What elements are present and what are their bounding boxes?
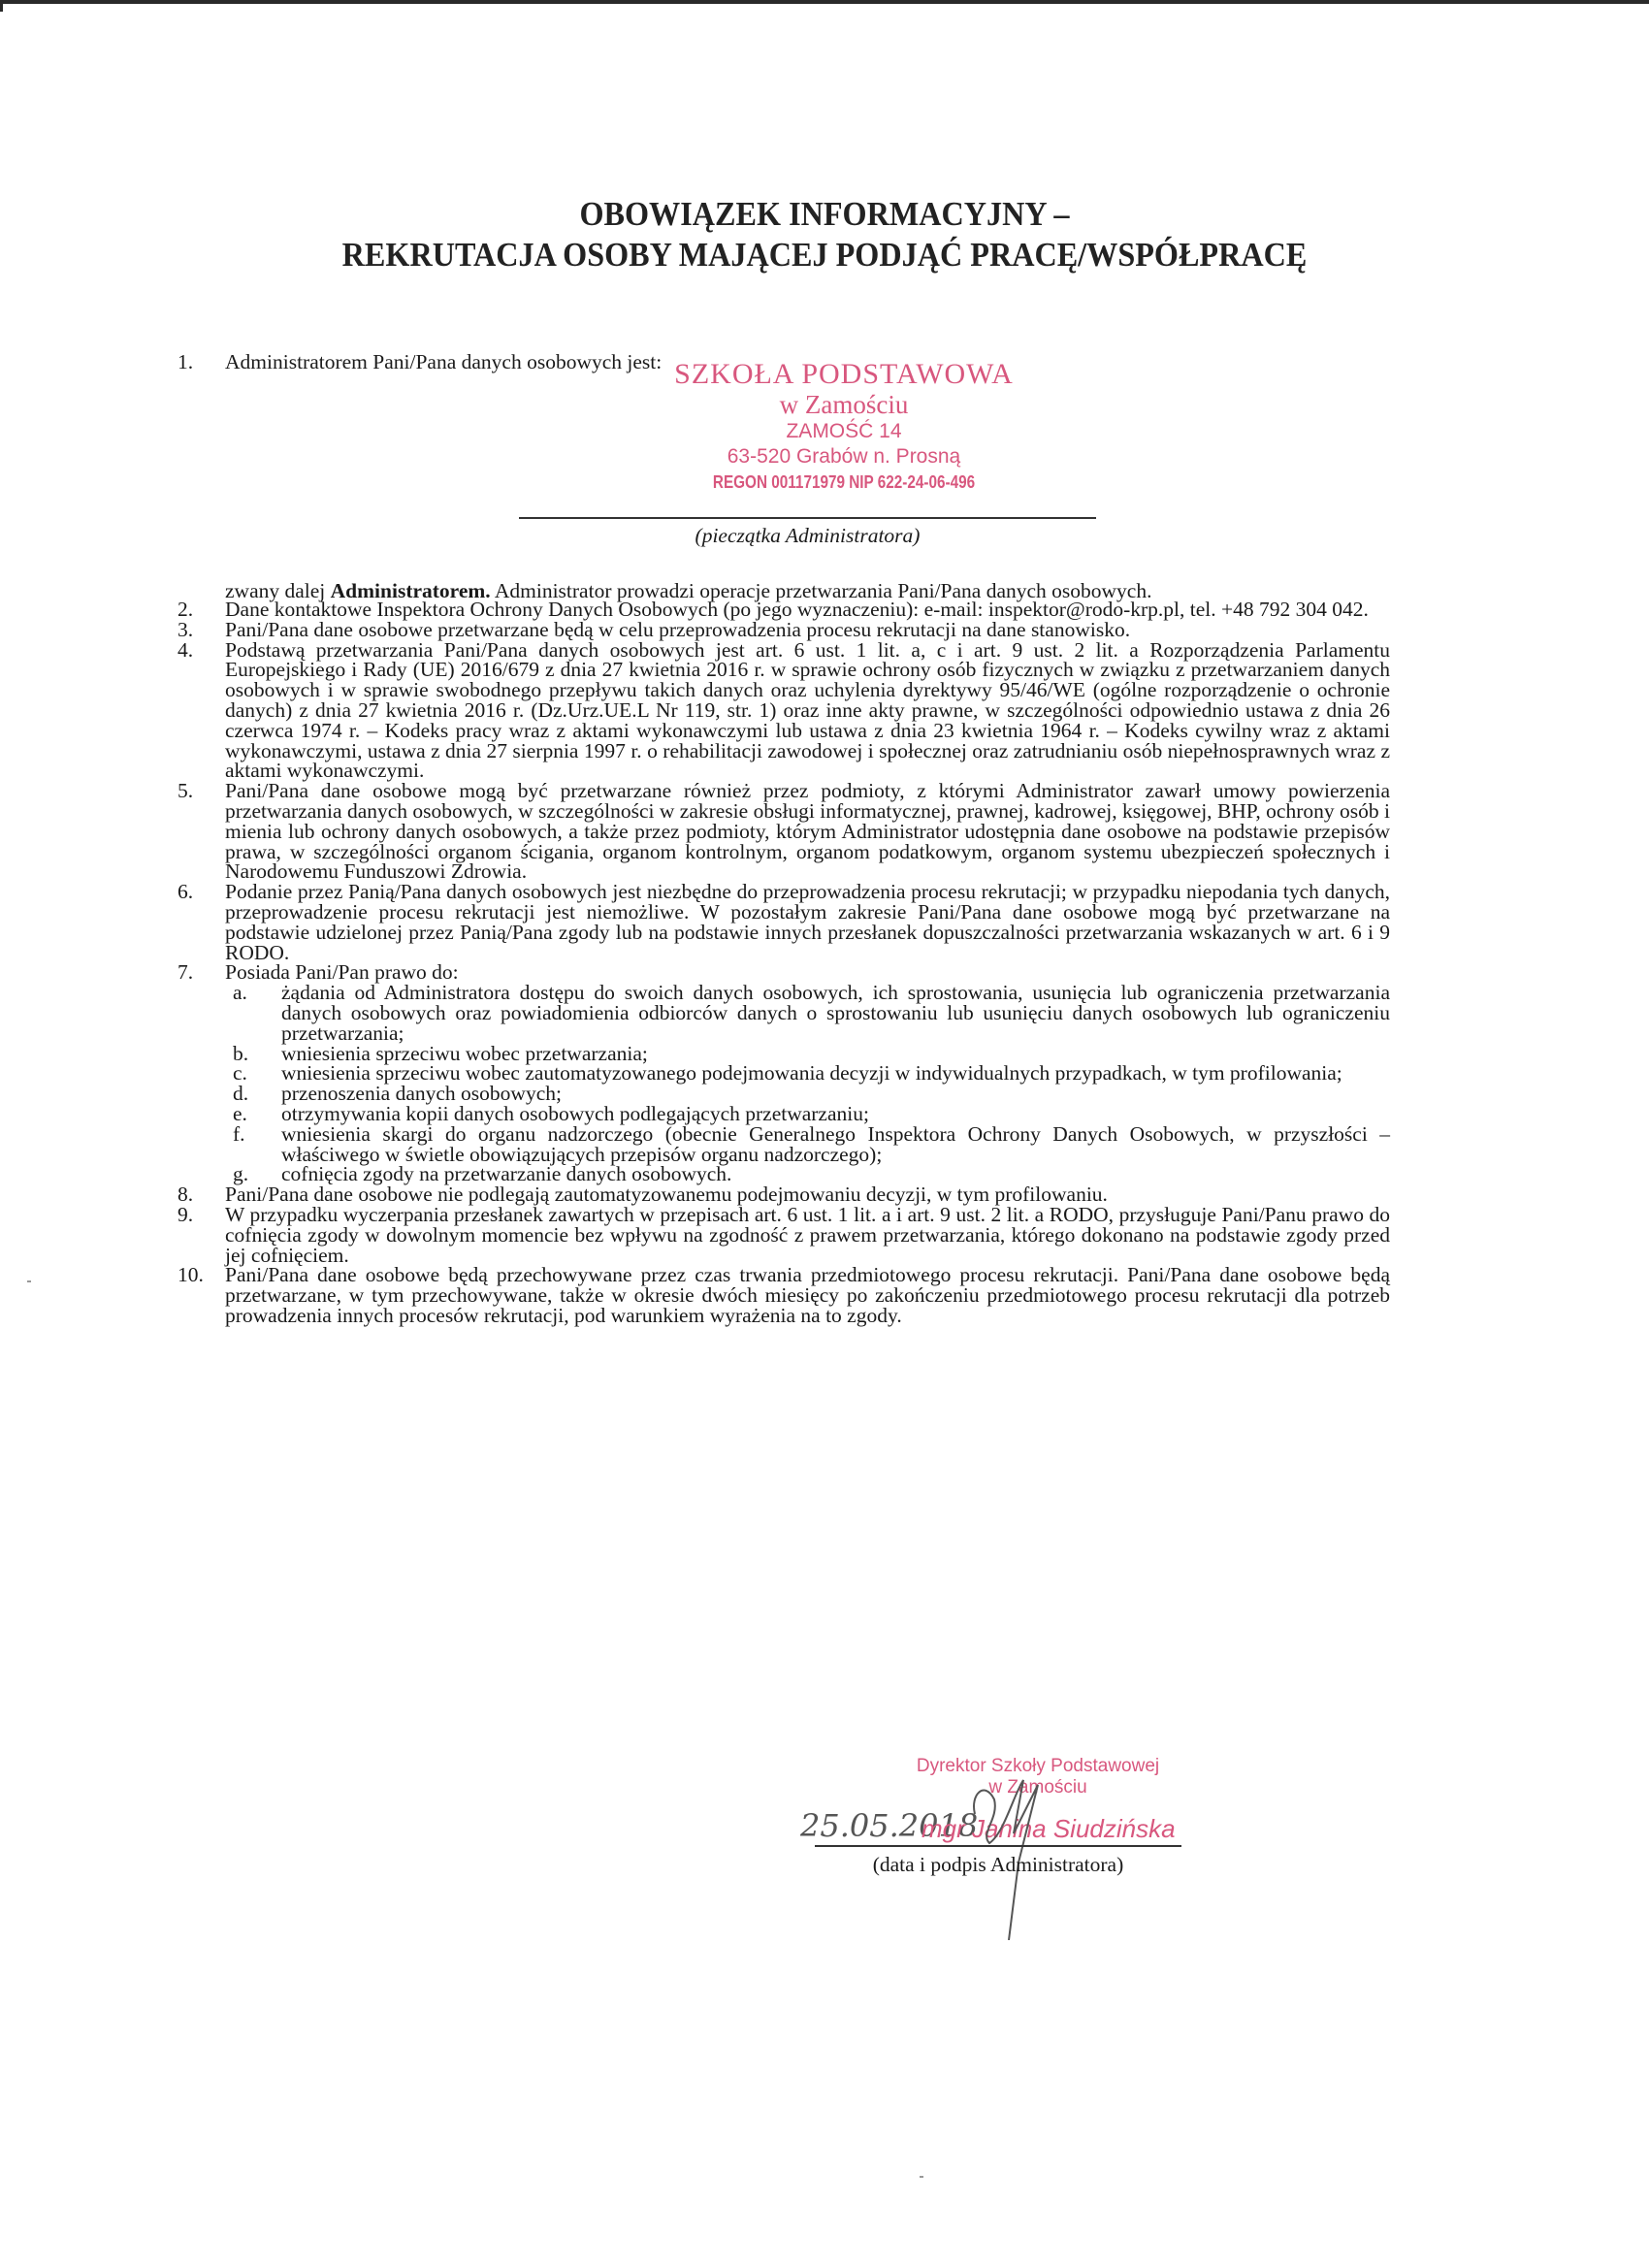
rights-text: żądania od Administratora dostępu do swo…	[281, 981, 1390, 1045]
rights-item: g.cofnięcia zgody na przetwarzanie danyc…	[178, 1164, 1390, 1184]
scan-speck	[920, 2176, 923, 2178]
rights-list: a.żądania od Administratora dostępu do s…	[178, 983, 1390, 1184]
rights-letter: b.	[233, 1044, 248, 1064]
item-number: 10.	[178, 1265, 204, 1285]
item-number: 4.	[178, 640, 193, 661]
list-item: 10.Pani/Pana dane osobowe będą przechowy…	[178, 1265, 1390, 1325]
item-number: 5.	[178, 781, 193, 801]
rights-letter: d.	[233, 1084, 248, 1104]
item-number: 8.	[178, 1184, 193, 1205]
document-title: OBOWIĄZEK INFORMACYJNY – REKRUTACJA OSOB…	[66, 194, 1583, 275]
rights-letter: a.	[233, 983, 247, 1003]
document-body: 2.Dane kontaktowe Inspektora Ochrony Dan…	[178, 599, 1390, 1326]
rights-item: f.wniesienia skargi do organu nadzorczeg…	[178, 1124, 1390, 1165]
item-text: Pani/Pana dane osobowe mogą być przetwar…	[225, 781, 1390, 882]
stamp-line-4: 63-520 Grabów n. Prosną	[660, 444, 1028, 470]
list-item: 3.Pani/Pana dane osobowe przetwarzane bę…	[178, 620, 1390, 640]
rights-item: a.żądania od Administratora dostępu do s…	[178, 983, 1390, 1043]
title-line-1: OBOWIĄZEK INFORMACYJNY –	[66, 194, 1583, 235]
rights-item: c.wniesienia sprzeciwu wobec zautomatyzo…	[178, 1063, 1390, 1084]
scan-speck	[27, 1280, 31, 1282]
list-item: 5.Pani/Pana dane osobowe mogą być przetw…	[178, 781, 1390, 882]
item-text: W przypadku wyczerpania przesłanek zawar…	[225, 1205, 1390, 1265]
stamp-line-3: ZAMOŚĆ 14	[660, 419, 1028, 444]
scan-border-top	[0, 0, 1649, 4]
rights-text: wniesienia skargi do organu nadzorczego …	[281, 1122, 1390, 1166]
signature-line	[815, 1845, 1181, 1847]
signature-block: Dyrektor Szkoły Podstawowej w Zamościu 2…	[815, 1756, 1222, 1798]
list-item: 4.Podstawą przetwarzania Pani/Pana danyc…	[178, 640, 1390, 782]
rights-letter: e.	[233, 1104, 247, 1124]
rights-item: b.wniesienia sprzeciwu wobec przetwarzan…	[178, 1044, 1390, 1064]
item-number: 3.	[178, 620, 193, 640]
rights-letter: c.	[233, 1063, 247, 1084]
list-item: 7.Posiada Pani/Pan prawo do:	[178, 962, 1390, 983]
item-text: Podstawą przetwarzania Pani/Pana danych …	[225, 640, 1390, 782]
item-text: Pani/Pana dane osobowe będą przechowywan…	[225, 1265, 1390, 1325]
list-item: 2.Dane kontaktowe Inspektora Ochrony Dan…	[178, 599, 1390, 620]
scan-border-left	[0, 0, 3, 12]
item-text: Pani/Pana dane osobowe nie podlegają zau…	[225, 1184, 1390, 1205]
administrator-stamp: SZKOŁA PODSTAWOWA w Zamościu ZAMOŚĆ 14 6…	[660, 359, 1028, 495]
stamp-line-5: REGON 001171979 NIP 622-24-06-496	[688, 470, 1001, 495]
item-text: Pani/Pana dane osobowe przetwarzane będą…	[225, 620, 1390, 640]
item-text: Posiada Pani/Pan prawo do:	[225, 962, 1390, 983]
list-item: 8.Pani/Pana dane osobowe nie podlegają z…	[178, 1184, 1390, 1205]
item-number: 2.	[178, 599, 193, 620]
numbered-list: 2.Dane kontaktowe Inspektora Ochrony Dan…	[178, 599, 1390, 983]
numbered-list-continued: 8.Pani/Pana dane osobowe nie podlegają z…	[178, 1184, 1390, 1326]
rights-item: d.przenoszenia danych osobowych;	[178, 1084, 1390, 1104]
title-line-2: REKRUTACJA OSOBY MAJĄCEJ PODJĄĆ PRACĘ/WS…	[66, 235, 1583, 275]
stamp-line-1: SZKOŁA PODSTAWOWA	[660, 359, 1028, 390]
list-item: 6.Podanie przez Panią/Pana danych osobow…	[178, 882, 1390, 962]
item-text: Podanie przez Panią/Pana danych osobowyc…	[225, 882, 1390, 962]
rights-letter: f.	[233, 1124, 245, 1145]
item-number: 7.	[178, 962, 193, 983]
stamp-signature-line	[519, 517, 1096, 519]
item-number: 1.	[178, 352, 193, 373]
item-text: Dane kontaktowe Inspektora Ochrony Danyc…	[225, 599, 1390, 620]
signature-caption: (data i podpis Administratora)	[815, 1853, 1181, 1877]
item-number: 6.	[178, 882, 193, 902]
item-number: 9.	[178, 1205, 193, 1225]
stamp-line-2: w Zamościu	[660, 390, 1028, 419]
rights-item: e.otrzymywania kopii danych osobowych po…	[178, 1104, 1390, 1124]
stamp-caption: (pieczątka Administratora)	[519, 524, 1096, 548]
list-item: 9.W przypadku wyczerpania przesłanek zaw…	[178, 1205, 1390, 1265]
rights-letter: g.	[233, 1164, 248, 1184]
